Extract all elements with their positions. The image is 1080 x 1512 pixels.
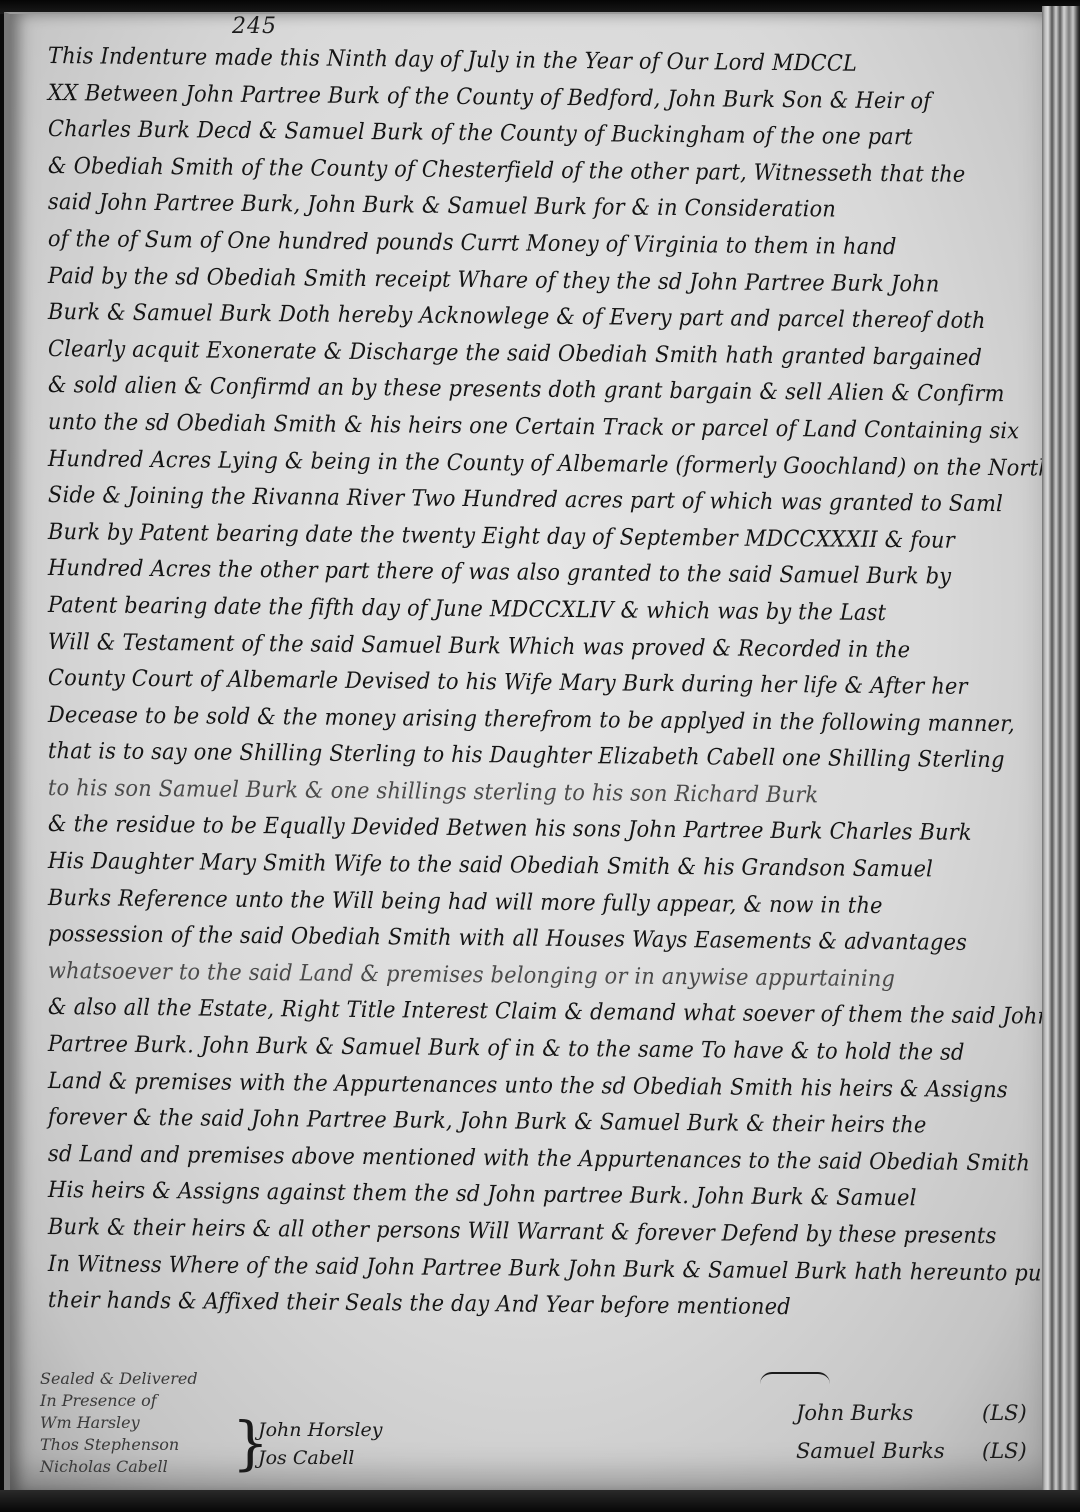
witness-signature: Thos Stephenson bbox=[40, 1434, 198, 1456]
witness-signature: John Horsley bbox=[258, 1416, 382, 1444]
scan-bottom-edge bbox=[0, 1490, 1080, 1512]
seal-mark: (LS) bbox=[982, 1394, 1027, 1432]
grantor-signatures: John Burks (LS) Samuel Burks (LS) bbox=[796, 1394, 1027, 1470]
grantor-signature-row: Samuel Burks (LS) bbox=[796, 1432, 1027, 1470]
attestation-block: Sealed & Delivered In Presence of Wm Har… bbox=[40, 1368, 198, 1478]
witness-signature: Wm Harsley bbox=[40, 1412, 198, 1434]
grantor-signature-row: John Burks (LS) bbox=[796, 1394, 1027, 1432]
witness-signature: Nicholas Cabell bbox=[40, 1456, 198, 1478]
book-binding-edge bbox=[1042, 6, 1080, 1502]
grantor-name: John Burks bbox=[796, 1394, 946, 1432]
closing-flourish bbox=[760, 1372, 830, 1384]
grantor-name: Samuel Burks bbox=[796, 1432, 946, 1470]
witness-right-block: John Horsley Jos Cabell bbox=[258, 1416, 382, 1472]
deed-body-text: This Indenture made this Ninth day of Ju… bbox=[48, 28, 1048, 1319]
seal-mark: (LS) bbox=[982, 1432, 1027, 1470]
deed-page: 245 This Indenture made this Ninth day o… bbox=[4, 12, 1050, 1494]
in-presence-label: In Presence of bbox=[40, 1390, 198, 1412]
deed-line: their hands & Affixed their Seals the da… bbox=[48, 1282, 978, 1328]
witness-signature: Jos Cabell bbox=[258, 1444, 382, 1472]
sealed-delivered-label: Sealed & Delivered bbox=[40, 1368, 198, 1390]
